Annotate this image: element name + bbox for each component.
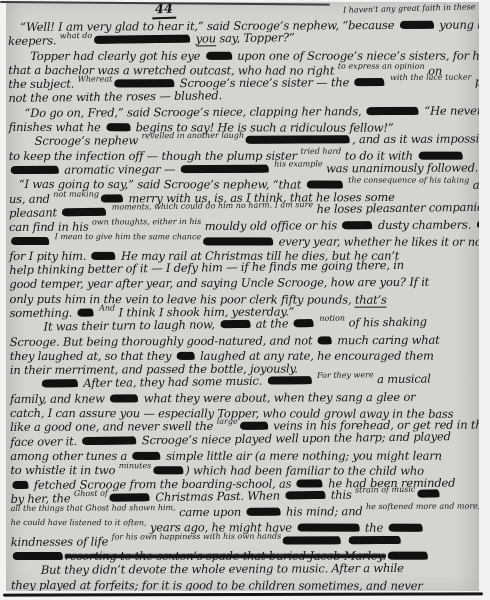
handwritten-text: family, and knew	[10, 391, 108, 406]
manuscript-line: to keep the infection off — though the p…	[9, 148, 479, 163]
struck-out-scribble	[294, 319, 314, 327]
handwritten-text: mouldy old office or his	[201, 218, 340, 233]
interlinear-insertion: not making	[53, 189, 99, 198]
handwritten-text: the subject.	[8, 77, 77, 91]
interlinear-insertion-top-right: I haven't any great faith in these	[343, 2, 476, 14]
struck-out-scribble	[246, 136, 350, 145]
struck-out-scribble	[342, 221, 372, 229]
struck-out-scribble	[477, 221, 479, 229]
interlinear-insertion: with the lace tucker	[390, 73, 471, 82]
handwritten-text: that a bachelor was a wretched outcast, …	[8, 63, 338, 78]
handwritten-text: to keep the infection off — though the p…	[9, 148, 301, 162]
interlinear-insertion: Ghost of	[74, 489, 108, 498]
manuscript-line: good temper, year after year, and saying…	[9, 275, 479, 292]
handwritten-text: “He never	[421, 103, 479, 117]
handwritten-text: good temper, year after year, and saying…	[9, 275, 429, 291]
handwritten-text: this	[327, 487, 355, 501]
struck-out-scribble	[285, 491, 325, 500]
manuscript-scan: 44 I haven't any great faith in these “W…	[0, 0, 490, 600]
interlinear-insertion: large	[217, 417, 238, 426]
underlined-text: that’s	[355, 292, 387, 307]
manuscript-line: But they didn’t devote the whole evening…	[11, 561, 479, 578]
interlinear-insertion: he softened more and more;	[366, 502, 479, 512]
handwritten-text: face over it.	[10, 434, 80, 449]
handwritten-text: the	[361, 521, 386, 535]
struck-out-scribble	[283, 536, 341, 544]
struck-out-scribble	[82, 436, 136, 445]
handwritten-text: only puts him in the vein to leave his p…	[9, 292, 354, 307]
handwritten-text: Christmas Past. When	[152, 488, 284, 504]
handwritten-text: After tea, they had some music.	[80, 374, 266, 390]
manuscript-line: resorting to the sexton’s spade that bur…	[11, 549, 479, 564]
handwritten-text: to whistle it in two	[10, 463, 118, 477]
handwritten-text: Topper had clearly got his eye	[30, 48, 204, 62]
handwritten-text: But they didn’t devote the whole evening…	[41, 561, 404, 577]
interlinear-insertion: revelled in another laugh	[142, 131, 245, 141]
handwritten-text: among other tunes a	[10, 449, 130, 463]
handwritten-text: a dislike to	[469, 178, 479, 192]
manuscript-line: among other tunes a simple little air (a…	[10, 448, 479, 463]
handwritten-text: kindnesses of life	[11, 534, 112, 549]
struck-out-scribble	[62, 208, 106, 217]
struck-out-scribble	[268, 376, 312, 385]
handwritten-text: laughed at any rate, he encouraged them	[197, 348, 434, 362]
manuscript-line: keepers. what do you say, Topper?”	[8, 28, 478, 48]
handwritten-text: for I pity him.	[9, 249, 89, 263]
struck-out-scribble	[181, 165, 269, 173]
manuscript-line: family, and knew what they were about, w…	[10, 389, 479, 406]
underlined-text: you	[196, 32, 216, 47]
struck-out-scribble	[297, 479, 323, 487]
interlinear-insertion: strain of music	[355, 484, 415, 494]
handwritten-text: they played at forfeits; for it is good …	[11, 578, 423, 591]
handwritten-text	[343, 533, 347, 547]
handwritten-text: much caring what	[334, 332, 440, 347]
handwritten-text: they laughed at, so that they	[10, 349, 175, 363]
manuscript-line: I mean to give him the same chance every…	[9, 234, 479, 249]
struck-out-scribble	[297, 524, 359, 532]
struck-out-scribble	[206, 51, 232, 59]
struck-out-scribble	[12, 480, 28, 488]
interlinear-insertion: tried hard	[300, 146, 341, 155]
handwritten-text: keepers.	[8, 34, 60, 49]
struck-out-scribble	[11, 166, 59, 174]
handwritten-text: simple little air (a mere nothing; you m…	[163, 449, 442, 463]
struck-out-scribble	[114, 79, 174, 87]
handwritten-text: aromatic vinegar —	[61, 162, 179, 177]
handwritten-text: of his shaking	[345, 315, 427, 330]
handwritten-text: what they were about, when they sang a g…	[140, 390, 415, 405]
struck-out-scribble	[106, 123, 130, 131]
struck-out-scribble	[388, 552, 428, 560]
scan-edge-artifact-bottom	[3, 592, 483, 596]
handwritten-text: pleasant	[9, 205, 61, 220]
struck-out-scribble	[92, 252, 116, 260]
handwritten-text: every year, whether he likes it or not,	[275, 235, 479, 249]
interlinear-insertion: his example	[274, 159, 322, 168]
handwritten-text: to do it with	[341, 148, 416, 162]
interlinear-insertion: notion	[319, 314, 345, 323]
handwritten-text: Scrooge. But being thoroughly good-natur…	[10, 333, 316, 349]
struck-out-scribble	[418, 151, 462, 159]
interlinear-insertion: For they were	[317, 371, 374, 381]
struck-out-scribble	[203, 238, 273, 246]
interlinear-insertion: what do	[60, 31, 93, 40]
handwritten-text: us, and	[9, 191, 53, 205]
struck-out-scribble	[220, 320, 250, 328]
interlinear-insertion: own thoughts, either in his	[92, 217, 201, 227]
struck-out-scribble	[247, 508, 281, 516]
struck-out-scribble	[389, 524, 423, 532]
manuscript-text: “Well! I am very glad to hear it,” said …	[6, 16, 479, 591]
struck-out-scribble	[177, 352, 195, 360]
interlinear-insertion: he could have listened to it often,	[11, 518, 147, 527]
handwritten-text: “Do go on, Fred,” said Scrooge’s niece, …	[24, 104, 365, 120]
handwritten-text: finishes what he	[9, 120, 105, 134]
struck-through-text: resorting to the sexton’s spade that bur…	[65, 549, 386, 563]
struck-out-scribble	[367, 107, 419, 115]
struck-out-scribble	[417, 489, 439, 497]
struck-out-scribble	[13, 552, 63, 560]
manuscript-line: they played at forfeits; for it is good …	[11, 578, 479, 591]
struck-out-scribble	[153, 466, 183, 474]
struck-out-scribble	[307, 181, 343, 189]
interlinear-insertion: for his own happiness with his own hands	[112, 531, 282, 541]
manuscript-line: Topper had clearly got his eye upon one …	[8, 48, 478, 63]
handwritten-text: It was their turn to laugh now,	[44, 317, 219, 333]
handwritten-text: something.	[10, 306, 76, 320]
handwritten-text: came upon	[176, 505, 245, 519]
manuscript-line: catch, I can assure you — especially Top…	[10, 406, 479, 421]
struck-out-scribble	[349, 536, 401, 544]
struck-out-scribble	[101, 194, 123, 202]
manuscript-line: “Do go on, Fred,” said Scrooge’s niece, …	[8, 103, 478, 120]
handwritten-text: not the one with the roses — blushed.	[8, 89, 222, 106]
interlinear-insertion: minutes	[119, 461, 152, 470]
handwritten-text: a musical	[374, 372, 431, 387]
struck-out-scribble	[78, 308, 94, 316]
struck-out-scribble	[110, 394, 138, 402]
handwritten-text: upon one of Scrooge’s niece’s sisters, f…	[234, 48, 479, 62]
manuscript-line: Scrooge. But being thoroughly good-natur…	[10, 332, 479, 349]
handwritten-text: ) which had been familiar to the child w…	[185, 463, 424, 477]
interlinear-insertion: I mean to give him the same chance	[55, 233, 202, 242]
manuscript-page: 44 I haven't any great faith in these “W…	[6, 2, 479, 591]
interlinear-insertion: moments, which could do him no harm. I a…	[112, 200, 313, 212]
struck-out-scribble	[318, 336, 332, 344]
manuscript-line: to whistle it in two minutes) which had …	[10, 463, 479, 478]
struck-out-scribble	[94, 35, 190, 44]
interlinear-insertion: the consequence of his taking	[348, 176, 469, 185]
interlinear-insertion: to express an opinion	[338, 61, 425, 70]
interlinear-insertion: And	[99, 303, 115, 312]
interlinear-insertion: all the things that Ghost had shown him,	[11, 503, 176, 513]
handwritten-text: dusty chambers.	[374, 218, 474, 233]
struck-out-scribble	[240, 422, 268, 430]
struck-out-scribble	[110, 493, 150, 502]
struck-out-scribble	[11, 237, 49, 245]
handwritten-text: Scrooge’s nephew	[35, 134, 142, 149]
manuscript-line: only puts him in the vein to leave his p…	[9, 292, 479, 307]
handwritten-text: he loses pleasanter companions than he	[313, 199, 479, 216]
struck-out-scribble	[133, 452, 161, 460]
interlinear-insertion: Whereat	[78, 75, 113, 84]
handwritten-text: at the	[252, 317, 292, 332]
handwritten-text: say, Topper?”	[216, 31, 295, 46]
struck-out-scribble	[42, 380, 78, 388]
handwritten-text: his mind; and	[283, 504, 367, 518]
manuscript-line: they laughed at, so that they laughed at…	[10, 348, 479, 363]
